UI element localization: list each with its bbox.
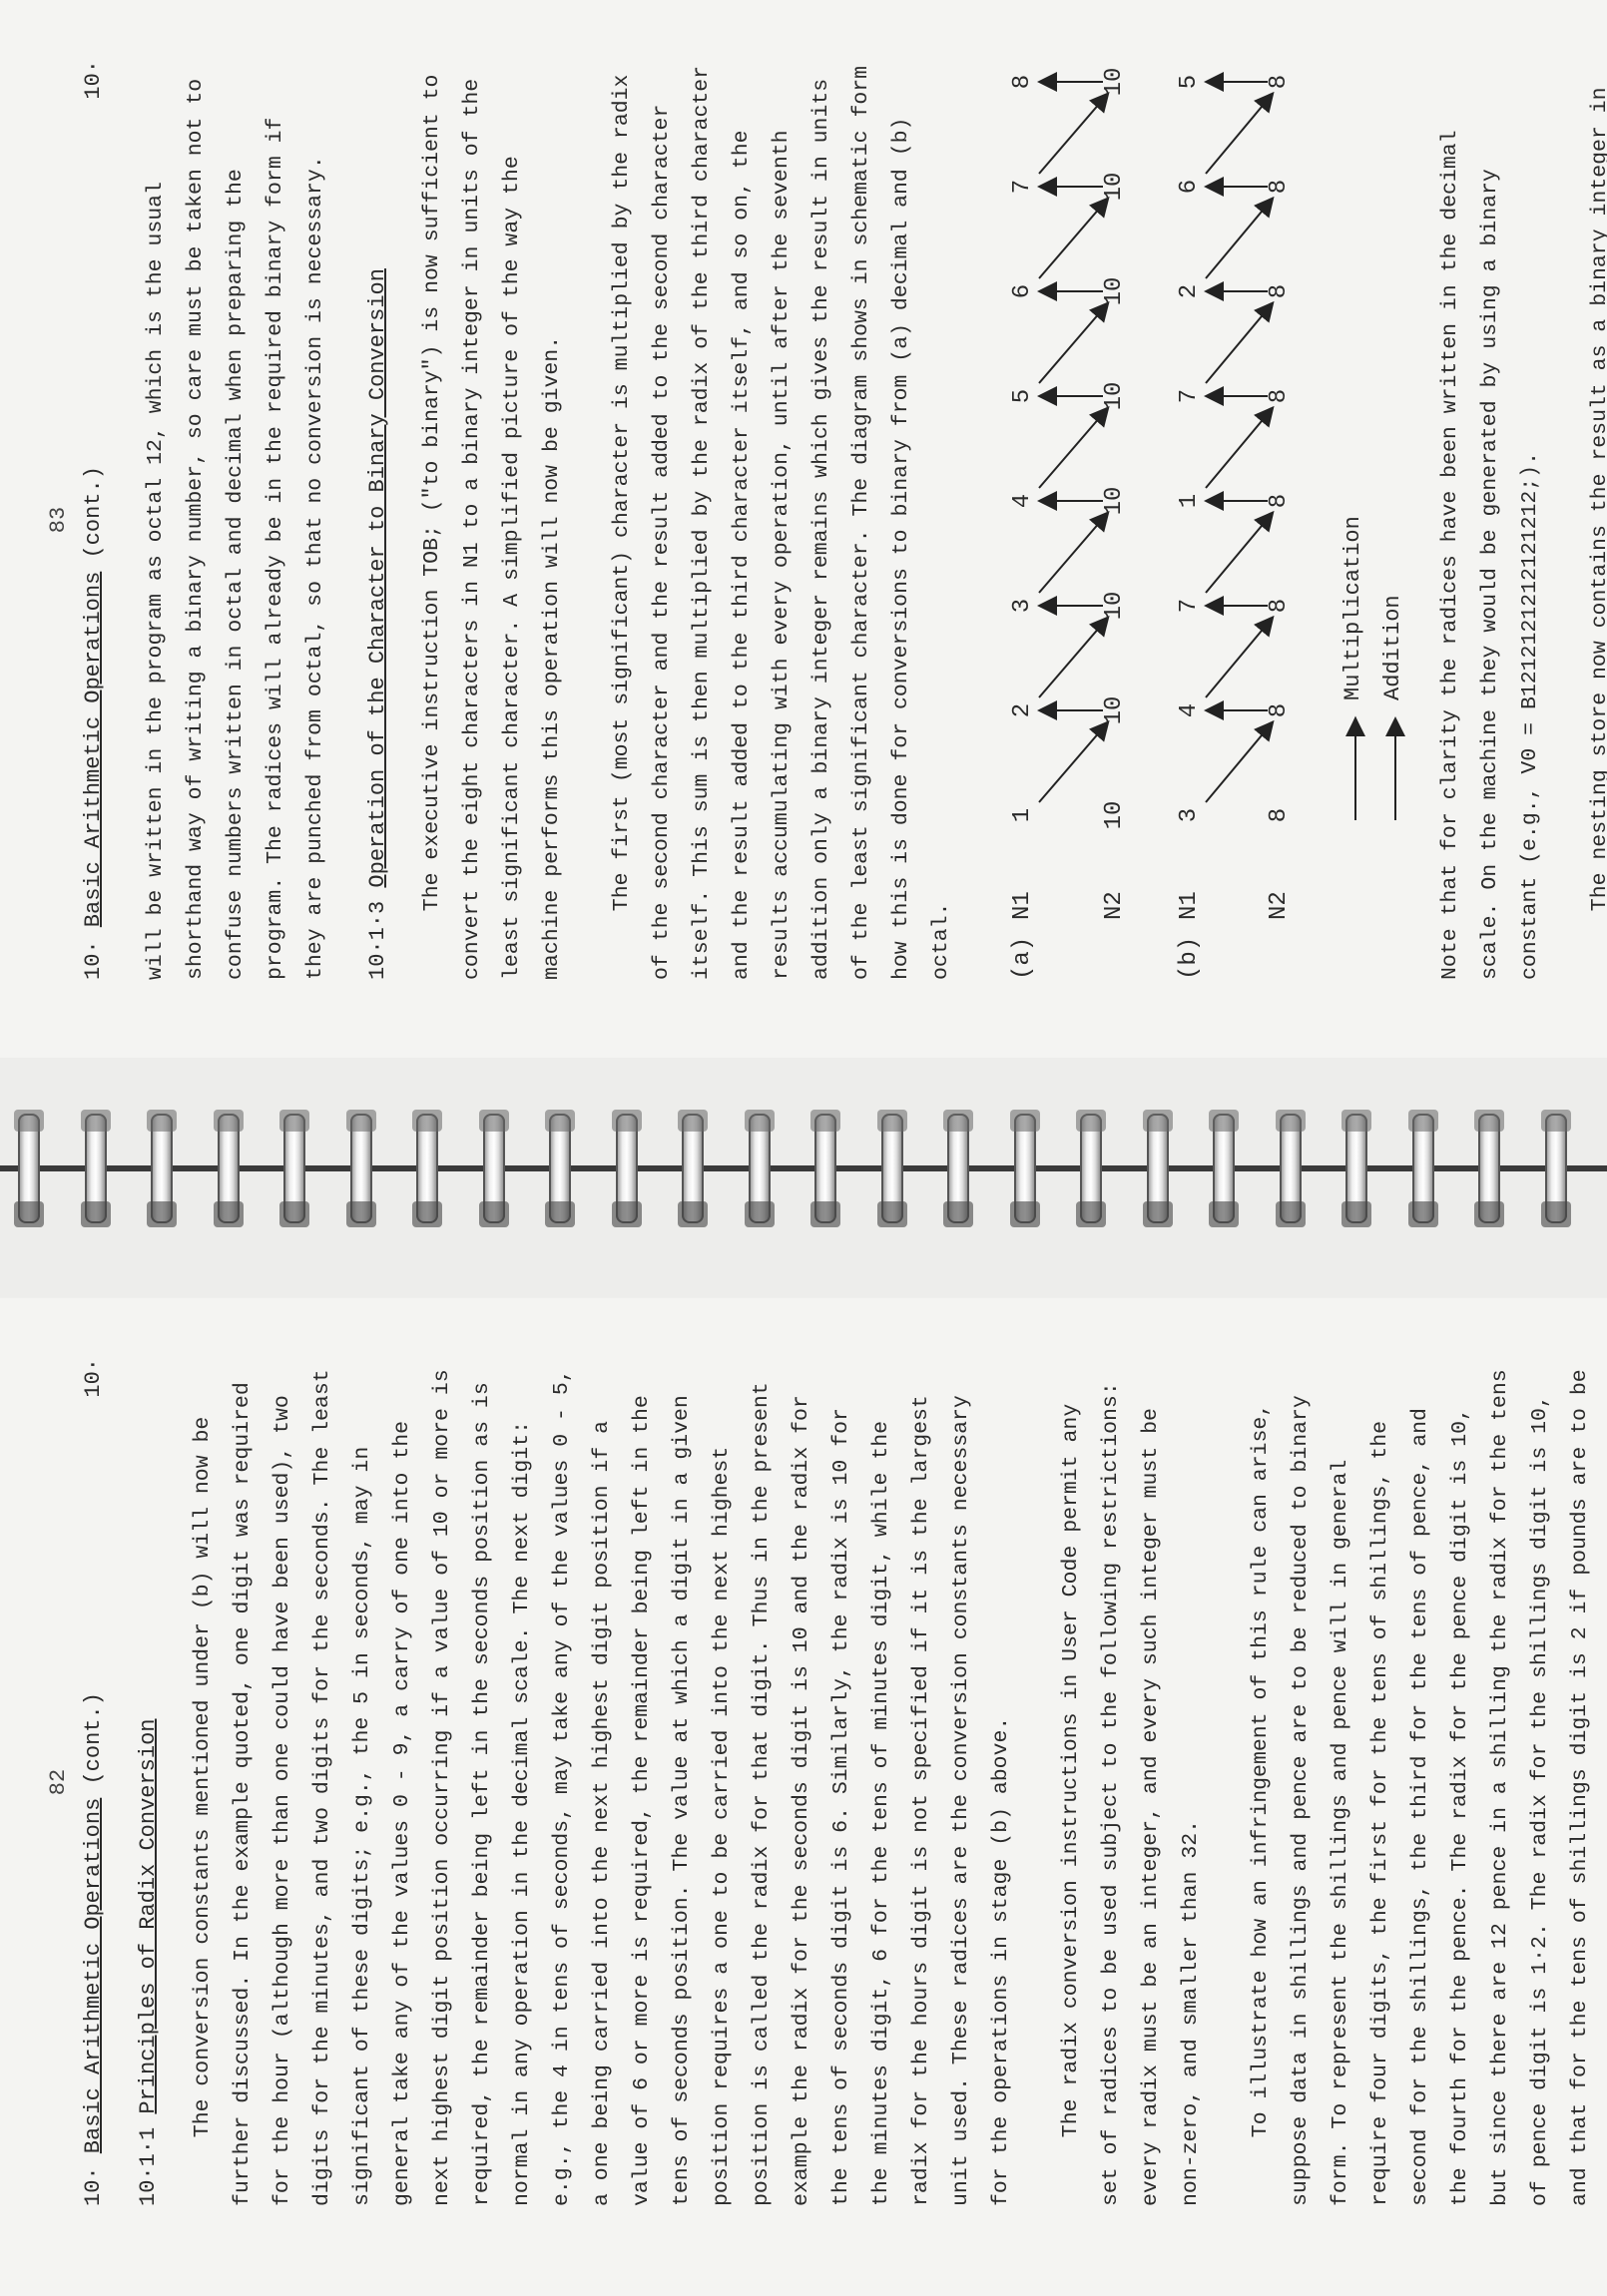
page-number: 83 xyxy=(46,60,71,980)
n2-radix: 8 xyxy=(1266,67,1293,97)
n1-digit: 4 xyxy=(1009,486,1036,516)
n1-digit: 2 xyxy=(1009,695,1036,725)
paragraph: The executive instruction TOB; ("to bina… xyxy=(412,60,572,980)
spiral-ring xyxy=(1478,1114,1500,1223)
spiral-ring xyxy=(18,1114,40,1223)
spiral-ring xyxy=(218,1114,240,1223)
spiral-ring xyxy=(283,1114,305,1223)
n2-radix: 8 xyxy=(1266,486,1293,516)
header-title: Basic Arithmetic Operations xyxy=(81,1798,106,2153)
spiral-ring xyxy=(1147,1114,1169,1223)
paragraph: Note that for clarity the radices have b… xyxy=(1430,60,1550,980)
n1-digit: 5 xyxy=(1176,67,1203,97)
n1-label: N1 xyxy=(1009,891,1036,920)
chapter-number: 10· xyxy=(81,60,106,100)
spiral-ring xyxy=(1014,1114,1036,1223)
running-header: 10· Basic Arithmetic Operations (cont.) … xyxy=(81,60,106,980)
n1-digit: 8 xyxy=(1009,67,1036,97)
spiral-ring xyxy=(682,1114,704,1223)
spiral-ring xyxy=(947,1114,969,1223)
n1-digit: 7 xyxy=(1176,591,1203,621)
n2-label: N2 xyxy=(1101,891,1128,920)
n1-digit: 7 xyxy=(1009,172,1036,202)
spiral-ring xyxy=(814,1114,836,1223)
spiral-ring xyxy=(1280,1114,1302,1223)
spiral-ring xyxy=(1412,1114,1434,1223)
n1-digit: 1 xyxy=(1176,486,1203,516)
n1-digit: 3 xyxy=(1176,800,1203,830)
spiral-ring xyxy=(549,1114,571,1223)
legend-multiplication: Multiplication xyxy=(1340,516,1365,700)
n1-digit: 4 xyxy=(1176,695,1203,725)
spiral-ring xyxy=(616,1114,638,1223)
n2-radix: 10 xyxy=(1101,591,1128,621)
n1-digit: 3 xyxy=(1009,591,1036,621)
n1-digit: 1 xyxy=(1009,800,1036,830)
spiral-ring xyxy=(1080,1114,1102,1223)
n1-digit: 6 xyxy=(1176,172,1203,202)
n2-radix: 10 xyxy=(1101,381,1128,411)
continuation-paragraph: will be written in the program as octal … xyxy=(136,60,335,980)
spiral-binding xyxy=(0,1058,1607,1297)
n2-radix: 10 xyxy=(1101,67,1128,97)
n2-radix: 10 xyxy=(1101,695,1128,725)
n1-label: N1 xyxy=(1176,891,1203,920)
n2-radix: 8 xyxy=(1266,172,1293,202)
n1-digit: 2 xyxy=(1176,276,1203,306)
section-heading-10-1-3: 10·1·3 Operation of the Character to Bin… xyxy=(365,60,390,980)
spiral-ring xyxy=(881,1114,903,1223)
spiral-ring xyxy=(350,1114,372,1223)
spiral-ring xyxy=(1545,1114,1567,1223)
section-heading-10-1-1: 10·1·1 Principles of Radix Conversion xyxy=(136,1358,161,2206)
page-83: 83 10· Basic Arithmetic Operations (cont… xyxy=(0,0,1607,1058)
paragraph: To illustrate how an infringement of thi… xyxy=(1241,1358,1607,2206)
paragraph: The radix conversion instructions in Use… xyxy=(1051,1358,1211,2206)
spiral-ring xyxy=(1345,1114,1367,1223)
spiral-ring xyxy=(483,1114,505,1223)
spiral-ring xyxy=(749,1114,771,1223)
n2-radix: 8 xyxy=(1266,591,1293,621)
paragraph: The first (most significant) character i… xyxy=(602,60,961,980)
n1-digit: 6 xyxy=(1009,276,1036,306)
n2-radix: 8 xyxy=(1266,381,1293,411)
running-header: 10· Basic Arithmetic Operations (cont.) … xyxy=(81,1358,106,2206)
n1-digit: 7 xyxy=(1176,381,1203,411)
paragraph: The conversion constants mentioned under… xyxy=(183,1358,1021,2206)
spiral-ring xyxy=(85,1114,107,1223)
n2-radix: 10 xyxy=(1101,276,1128,306)
conversion-diagram: (a) N1 N2 (b) N1 N2 12345678101010101010… xyxy=(991,60,1410,980)
page-82: 82 10· Basic Arithmetic Operations (cont… xyxy=(0,1298,1607,2296)
legend-addition: Addition xyxy=(1380,595,1405,700)
n2-radix: 8 xyxy=(1266,276,1293,306)
spiral-ring xyxy=(416,1114,438,1223)
n2-radix: 8 xyxy=(1266,695,1293,725)
spiral-ring xyxy=(151,1114,173,1223)
n2-label: N2 xyxy=(1266,891,1293,920)
spiral-ring xyxy=(1213,1114,1235,1223)
page-number: 82 xyxy=(46,1358,71,2206)
n2-radix: 10 xyxy=(1101,800,1128,830)
n2-radix: 10 xyxy=(1101,172,1128,202)
n2-radix: 10 xyxy=(1101,486,1128,516)
chapter-number: 10· xyxy=(81,1358,106,1398)
header-title: Basic Arithmetic Operations xyxy=(81,572,106,927)
n2-radix: 8 xyxy=(1266,800,1293,830)
n1-digit: 5 xyxy=(1009,381,1036,411)
paragraph: The nesting store now contains the resul… xyxy=(1580,60,1607,980)
